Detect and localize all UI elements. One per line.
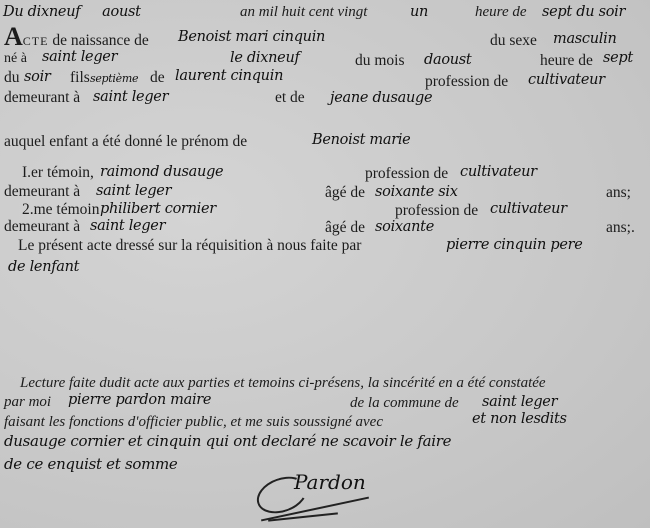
witness-2-profession: cultivateur — [490, 201, 567, 217]
witness-2-residence: saint leger — [90, 218, 165, 234]
witness-1-age-suffix: ans; — [606, 185, 631, 201]
child-name: Benoist mari cinquin — [178, 29, 325, 45]
time-value: soir — [24, 69, 51, 85]
date-line: Du dixneuf aoust — [3, 4, 141, 20]
father-name: laurent cinquin — [175, 68, 283, 84]
mother-label: et de — [275, 90, 305, 106]
closing-line-4: dusauge cornier et cinquin qui ont decla… — [4, 433, 451, 449]
signature-name: Pardon — [294, 470, 366, 494]
mother-name: jeane dusauge — [330, 90, 432, 106]
witness-2-profession-label: profession de — [395, 203, 478, 219]
given-name: Benoist marie — [312, 132, 410, 148]
witness-2-name: philibert cornier — [100, 201, 216, 217]
closing-line-1: Lecture faite dudit acte aux parties et … — [20, 375, 546, 391]
witness-1-profession: cultivateur — [460, 164, 537, 180]
month-handwritten: aoust — [102, 4, 140, 20]
witness-2-age-suffix: ans;. — [606, 220, 635, 236]
birth-month: daoust — [424, 52, 471, 68]
parents-residence-label: demeurant à — [4, 90, 80, 106]
witness-2-age: soixante — [375, 219, 434, 235]
closing-line-3-hand: et non lesdits — [472, 411, 567, 427]
witness-1-name: raimond dusauge — [100, 164, 223, 180]
year-printed: an mil huit cent vingt — [240, 4, 367, 20]
act-label: de naissance de — [52, 32, 148, 49]
birth-hour: sept — [603, 50, 633, 66]
closing-line-3: faisant les fonctions d'officier public,… — [4, 414, 383, 430]
witness-2-residence-label: demeurant à — [4, 219, 80, 235]
parents-residence: saint leger — [93, 89, 168, 105]
mayor-name: pierre pardon maire — [68, 392, 211, 408]
day-handwritten: Du dixneuf — [3, 4, 80, 20]
closing-prefix: par moi — [4, 394, 51, 410]
year-handwritten: un — [410, 4, 428, 20]
sex-label: du sexe — [490, 33, 537, 49]
witness-2-label: 2.me témoin — [22, 202, 100, 218]
birth-day: le dixneuf — [230, 50, 300, 66]
witness-1-profession-label: profession de — [365, 166, 448, 182]
act-title-rest: CTE — [23, 34, 49, 48]
hour-label: heure de — [475, 4, 527, 20]
closing-line-5: de ce enquist et somme — [4, 456, 178, 472]
time-prefix: du — [4, 70, 20, 86]
witness-1-age-label: âgé de — [325, 185, 365, 201]
father-profession-label: profession de — [425, 74, 508, 90]
father-label: de — [150, 70, 165, 86]
birth-hour-label: heure de — [540, 53, 593, 69]
witness-2-age-label: âgé de — [325, 220, 365, 236]
birth-rank: septième — [90, 71, 138, 87]
witness-1-label: I.er témoin, — [22, 165, 94, 181]
witness-1-label-text: I.er témoin, — [22, 164, 94, 181]
month-label: du mois — [355, 53, 405, 69]
born-label: né à — [4, 51, 27, 67]
son-label: fils — [70, 70, 90, 86]
given-name-label: auquel enfant a été donné le prénom de — [4, 134, 247, 150]
commune-label: de la commune de — [350, 395, 459, 411]
act-initial: A — [4, 22, 23, 51]
act-title: ACTE de naissance de — [4, 27, 149, 49]
requester-name-cont: de lenfant — [8, 259, 79, 275]
sex-value: masculin — [553, 31, 617, 47]
commune-name: saint leger — [482, 394, 557, 410]
witness-1-age: soixante six — [375, 184, 458, 200]
requester-name: pierre cinquin pere — [446, 237, 583, 253]
mayor-signature: Pardon — [240, 460, 380, 528]
witness-1-residence-label: demeurant à — [4, 184, 80, 200]
register-page: Du dixneuf aoust an mil huit cent vingt … — [0, 0, 650, 528]
father-profession: cultivateur — [528, 72, 605, 88]
hour-handwritten: sept du soir — [542, 4, 625, 20]
requisition-label: Le présent acte dressé sur la réquisitio… — [18, 238, 361, 254]
witness-1-residence: saint leger — [96, 183, 171, 199]
birth-place: saint leger — [42, 49, 117, 65]
